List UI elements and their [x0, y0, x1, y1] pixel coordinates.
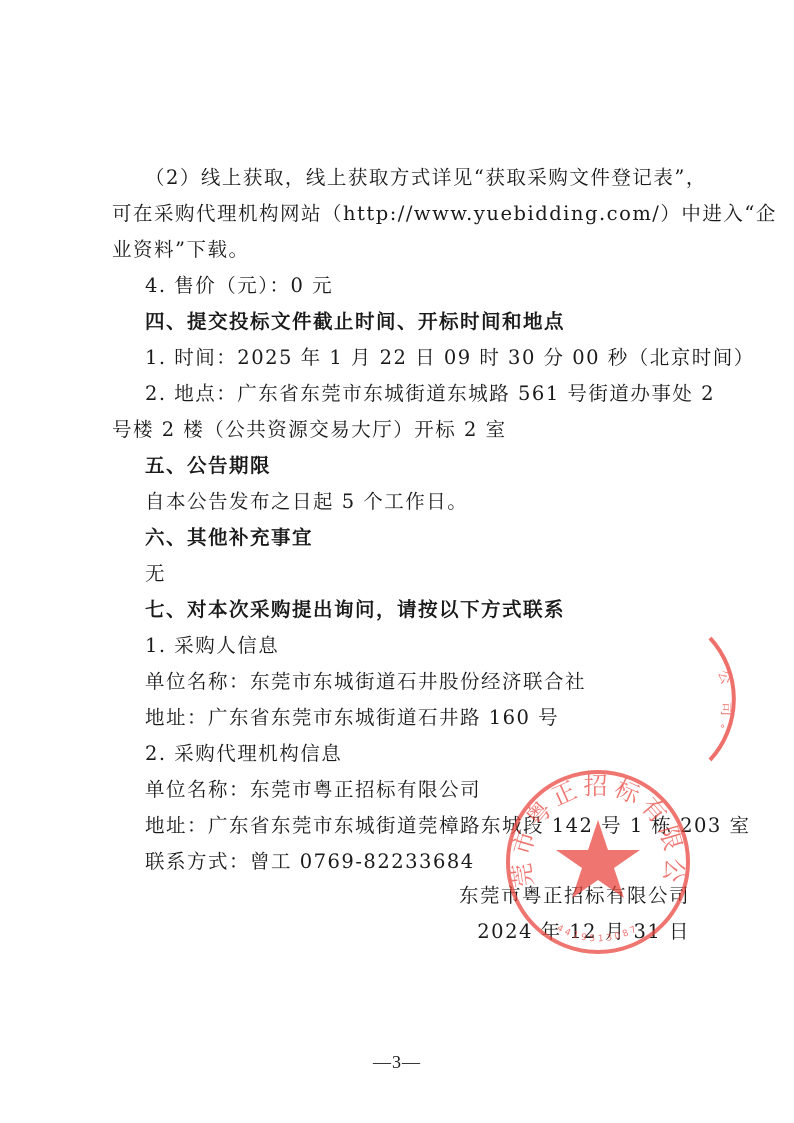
section-heading-4: 四、提交投标文件截止时间、开标时间和地点 [145, 310, 565, 334]
agency-address: 地址：广东省东莞市东城街道莞樟路东城段 142 号 1 栋 203 室 [145, 814, 751, 838]
venue-line: 2. 地点：广东省东莞市东城街道东城路 561 号街道办事处 2 [145, 382, 715, 406]
section-heading-6: 六、其他补充事宜 [145, 526, 313, 550]
svg-text:°: ° [720, 724, 725, 735]
deadline-time: 1. 时间：2025 年 1 月 22 日 09 时 30 分 00 秒（北京时… [145, 346, 755, 370]
para-online-acquisition-end: 业资料”下载。 [112, 238, 249, 262]
signature-company: 东莞市粤正招标有限公司 [459, 884, 690, 908]
price-line: 4. 售价（元）：0 元 [145, 274, 333, 298]
agency-info-heading: 2. 采购代理机构信息 [145, 742, 342, 766]
section-heading-7: 七、对本次采购提出询问，请按以下方式联系 [145, 598, 565, 622]
venue-line-cont: 号楼 2 楼（公共资源交易大厅）开标 2 室 [112, 418, 507, 442]
other-matters: 无 [145, 562, 166, 586]
signature-date: 2024 年 12 月 31 日 [477, 920, 690, 944]
page-number: —3— [0, 1052, 794, 1073]
purchaser-address: 地址：广东省东莞市东城街道石井路 160 号 [145, 706, 559, 730]
svg-text:公: 公 [714, 668, 734, 687]
purchaser-info-heading: 1. 采购人信息 [145, 634, 279, 658]
para-online-acquisition: （2）线上获取，线上获取方式详见“获取采购文件登记表”， [145, 166, 707, 190]
agency-name: 单位名称：东莞市粤正招标有限公司 [145, 778, 481, 802]
svg-text:司: 司 [718, 702, 734, 716]
section-heading-5: 五、公告期限 [145, 454, 271, 478]
agency-contact: 联系方式：曾工 0769-82233684 [145, 850, 475, 874]
purchaser-name: 单位名称：东莞市东城街道石井股份经济联合社 [145, 670, 586, 694]
announcement-period: 自本公告发布之日起 5 个工作日。 [145, 490, 468, 514]
cross-page-seal-icon: 公 司 ° [700, 632, 794, 768]
para-online-acquisition-cont: 可在采购代理机构网站（http://www.yuebidding.com/）中进… [112, 202, 777, 226]
